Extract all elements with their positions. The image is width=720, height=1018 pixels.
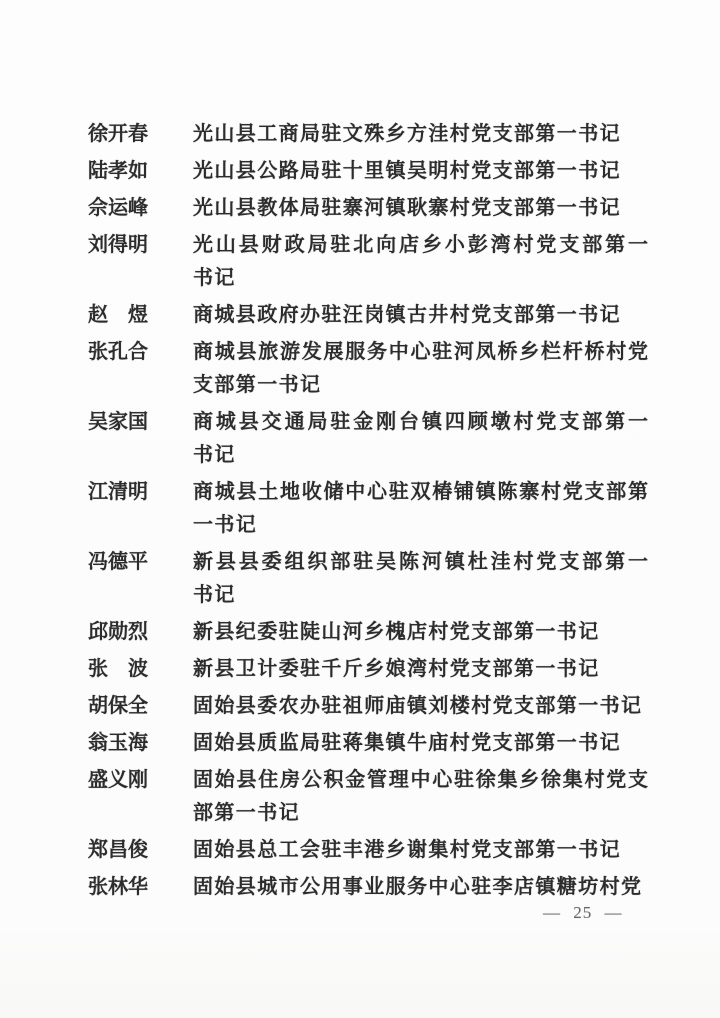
position-line: 支部第一书记 xyxy=(193,369,649,402)
position-text: 新县卫计委驻千斤乡娘湾村党支部第一书记 xyxy=(193,653,649,686)
position-line: 商城县交通局驻金刚台镇四顾墩村党支部第一 xyxy=(193,406,649,439)
position-text: 商城县政府办驻汪岗镇古井村党支部第一书记 xyxy=(193,299,649,332)
person-name: 刘得明 xyxy=(88,229,154,262)
list-item: 徐开春 光山县工商局驻文殊乡方洼村党支部第一书记 xyxy=(88,118,648,151)
position-line: 固始县总工会驻丰港乡谢集村党支部第一书记 xyxy=(193,834,649,867)
position-text: 新县纪委驻陡山河乡槐店村党支部第一书记 xyxy=(193,616,649,649)
position-line: 一书记 xyxy=(193,509,649,542)
position-text: 商城县交通局驻金刚台镇四顾墩村党支部第一书记 xyxy=(193,406,649,472)
person-name: 陆孝如 xyxy=(88,155,154,188)
list-item: 刘得明 光山县财政局驻北向店乡小彭湾村党支部第一书记 xyxy=(88,229,648,295)
position-line: 光山县工商局驻文殊乡方洼村党支部第一书记 xyxy=(193,118,649,151)
list-item: 吴家国 商城县交通局驻金刚台镇四顾墩村党支部第一书记 xyxy=(88,406,648,472)
person-name: 翁玉海 xyxy=(88,727,154,760)
person-name: 张林华 xyxy=(88,871,154,904)
list-item: 胡保全 固始县委农办驻祖师庙镇刘楼村党支部第一书记 xyxy=(88,690,648,723)
position-text: 固始县住房公积金管理中心驻徐集乡徐集村党支部第一书记 xyxy=(193,764,649,830)
person-name: 邱勋烈 xyxy=(88,616,154,649)
list-item: 郑昌俊 固始县总工会驻丰港乡谢集村党支部第一书记 xyxy=(88,834,648,867)
page-number: — 25 — xyxy=(543,901,633,925)
person-name: 胡保全 xyxy=(88,690,154,723)
position-text: 光山县工商局驻文殊乡方洼村党支部第一书记 xyxy=(193,118,649,151)
person-name: 徐开春 xyxy=(88,118,154,151)
position-line: 光山县公路局驻十里镇吴明村党支部第一书记 xyxy=(193,155,649,188)
position-line: 固始县住房公积金管理中心驻徐集乡徐集村党支 xyxy=(193,764,649,797)
position-line: 书记 xyxy=(193,262,649,295)
position-line: 新县卫计委驻千斤乡娘湾村党支部第一书记 xyxy=(193,653,649,686)
person-name: 张孔合 xyxy=(88,336,154,369)
position-line: 新县纪委驻陡山河乡槐店村党支部第一书记 xyxy=(193,616,649,649)
position-text: 光山县公路局驻十里镇吴明村党支部第一书记 xyxy=(193,155,649,188)
person-name: 郑昌俊 xyxy=(88,834,154,867)
list-item: 冯德平 新县县委组织部驻吴陈河镇杜洼村党支部第一书记 xyxy=(88,546,648,612)
list-item: 江清明 商城县土地收储中心驻双椿铺镇陈寨村党支部第一书记 xyxy=(88,476,648,542)
position-text: 商城县旅游发展服务中心驻河凤桥乡栏杆桥村党支部第一书记 xyxy=(193,336,649,402)
list-item: 翁玉海 固始县质监局驻蒋集镇牛庙村党支部第一书记 xyxy=(88,727,648,760)
position-line: 书记 xyxy=(193,439,649,472)
entries-list: 徐开春 光山县工商局驻文殊乡方洼村党支部第一书记 陆孝如 光山县公路局驻十里镇吴… xyxy=(88,118,648,908)
person-name: 佘运峰 xyxy=(88,192,154,225)
position-line: 固始县质监局驻蒋集镇牛庙村党支部第一书记 xyxy=(193,727,649,760)
position-line: 新县县委组织部驻吴陈河镇杜洼村党支部第一 xyxy=(193,546,649,579)
position-text: 新县县委组织部驻吴陈河镇杜洼村党支部第一书记 xyxy=(193,546,649,612)
position-line: 书记 xyxy=(193,579,649,612)
position-line: 光山县教体局驻寨河镇耿寨村党支部第一书记 xyxy=(193,192,649,225)
list-item: 邱勋烈 新县纪委驻陡山河乡槐店村党支部第一书记 xyxy=(88,616,648,649)
person-name: 冯德平 xyxy=(88,546,154,579)
position-text: 商城县土地收储中心驻双椿铺镇陈寨村党支部第一书记 xyxy=(193,476,649,542)
position-text: 固始县委农办驻祖师庙镇刘楼村党支部第一书记 xyxy=(193,690,649,723)
list-item: 张林华 固始县城市公用事业服务中心驻李店镇糖坊村党 xyxy=(88,871,648,904)
position-text: 光山县财政局驻北向店乡小彭湾村党支部第一书记 xyxy=(193,229,649,295)
list-item: 张 波 新县卫计委驻千斤乡娘湾村党支部第一书记 xyxy=(88,653,648,686)
person-name: 张 波 xyxy=(88,653,154,686)
position-text: 固始县总工会驻丰港乡谢集村党支部第一书记 xyxy=(193,834,649,867)
list-item: 佘运峰 光山县教体局驻寨河镇耿寨村党支部第一书记 xyxy=(88,192,648,225)
person-name: 吴家国 xyxy=(88,406,154,439)
position-line: 光山县财政局驻北向店乡小彭湾村党支部第一 xyxy=(193,229,649,262)
position-line: 部第一书记 xyxy=(193,797,649,830)
position-line: 商城县政府办驻汪岗镇古井村党支部第一书记 xyxy=(193,299,649,332)
position-line: 商城县旅游发展服务中心驻河凤桥乡栏杆桥村党 xyxy=(193,336,649,369)
person-name: 赵 煜 xyxy=(88,299,154,332)
list-item: 赵 煜 商城县政府办驻汪岗镇古井村党支部第一书记 xyxy=(88,299,648,332)
list-item: 张孔合 商城县旅游发展服务中心驻河凤桥乡栏杆桥村党支部第一书记 xyxy=(88,336,648,402)
position-text: 固始县城市公用事业服务中心驻李店镇糖坊村党 xyxy=(193,871,649,904)
position-line: 固始县委农办驻祖师庙镇刘楼村党支部第一书记 xyxy=(193,690,649,723)
position-text: 光山县教体局驻寨河镇耿寨村党支部第一书记 xyxy=(193,192,649,225)
person-name: 盛义刚 xyxy=(88,764,154,797)
position-line: 固始县城市公用事业服务中心驻李店镇糖坊村党 xyxy=(193,871,649,904)
document-page: 徐开春 光山县工商局驻文殊乡方洼村党支部第一书记 陆孝如 光山县公路局驻十里镇吴… xyxy=(0,0,720,1018)
person-name: 江清明 xyxy=(88,476,154,509)
position-text: 固始县质监局驻蒋集镇牛庙村党支部第一书记 xyxy=(193,727,649,760)
list-item: 陆孝如 光山县公路局驻十里镇吴明村党支部第一书记 xyxy=(88,155,648,188)
position-line: 商城县土地收储中心驻双椿铺镇陈寨村党支部第 xyxy=(193,476,649,509)
list-item: 盛义刚 固始县住房公积金管理中心驻徐集乡徐集村党支部第一书记 xyxy=(88,764,648,830)
